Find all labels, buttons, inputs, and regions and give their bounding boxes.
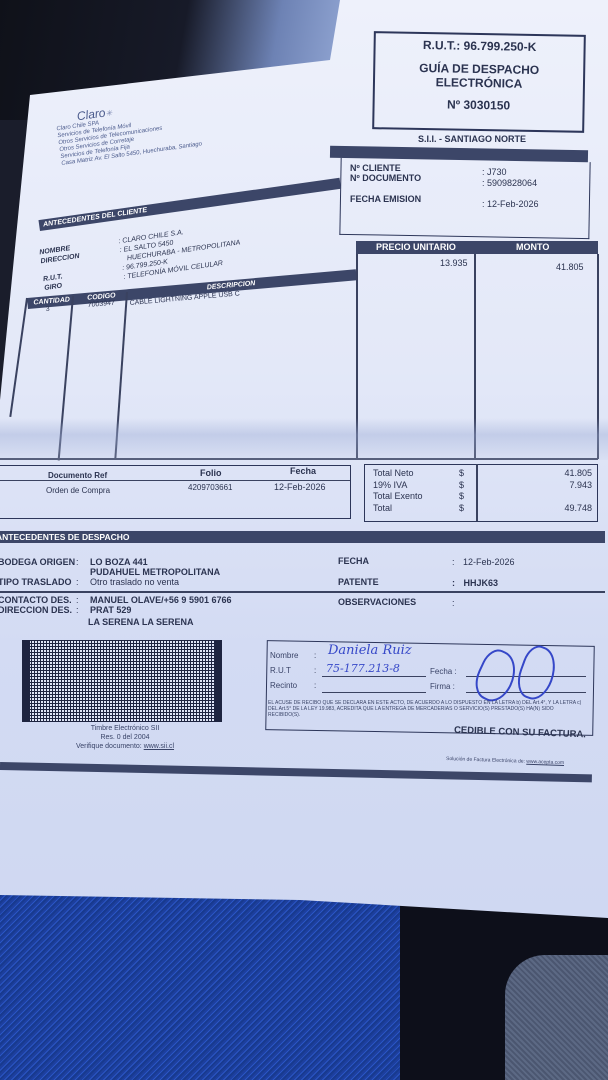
receipt-rut-label: R.U.T [270, 666, 291, 675]
dispatch-section-bar: ANTECEDENTES DE DESPACHO [0, 531, 605, 543]
dispatch-section-title: ANTECEDENTES DE DESPACHO [0, 532, 130, 542]
footer-solution: Solución de Factura Electrónica de: www.… [446, 756, 564, 766]
ref-header-document: Documento Ref [48, 471, 107, 480]
totals-values: 41.805 7.943 49.748 [500, 468, 592, 514]
receipt-rut-handwritten[interactable]: 75-177.213-8 [326, 662, 400, 675]
stamp-line1: Timbre Electrónico SII [30, 724, 220, 733]
issue-date-value: 12-Feb-2026 [487, 199, 539, 209]
dispatch-fecha-value: 12-Feb-2026 [463, 557, 515, 567]
total-value: 49.748 [500, 503, 592, 515]
issuer-rut: R.U.T.: 96.799.250-K [376, 37, 584, 55]
items-header-right: PRECIO UNITARIO MONTO [356, 241, 598, 254]
client-section: ANTECEDENTES DEL CLIENTE [38, 178, 341, 231]
client-number-value: J730 [487, 167, 507, 177]
totals-currency: $$$$ [459, 468, 464, 514]
ref-document: Orden de Compra [46, 486, 110, 495]
ref-folio: 4209703661 [188, 483, 233, 492]
document-title: GUÍA DE DESPACHO ELECTRÓNICA [375, 60, 583, 92]
item-codigo: 7003947 [87, 300, 115, 309]
total-label: Total [373, 503, 423, 515]
direccion-des-line2: LA SERENA LA SERENA [88, 617, 194, 627]
totals-labels: Total Neto 19% IVA Total Exento Total [373, 468, 423, 514]
total-exento-label: Total Exento [373, 491, 423, 503]
receipt-recinto-label: Recinto [270, 681, 297, 690]
document-number-label: Nº DOCUMENTO [350, 173, 421, 183]
stamp-line2: Res. 0 del 2004 [30, 733, 220, 742]
acepta-link[interactable]: www.acepta.com [526, 759, 564, 766]
observaciones-label: OBSERVACIONES [338, 597, 416, 607]
patente-label: PATENTE [338, 577, 379, 587]
item-row: 3 [45, 306, 50, 313]
ref-header-folio: Folio [200, 468, 222, 478]
contacto-label: CONTACTO DES. [0, 595, 72, 605]
total-exento-value [500, 491, 592, 503]
item-precio: 13.935 [440, 258, 468, 268]
sii-verify-link[interactable]: www.sii.cl [144, 743, 174, 750]
direccion-des-label: DIRECCION DES. [0, 605, 72, 615]
iva-label: 19% IVA [373, 480, 423, 492]
client-section-title: ANTECEDENTES DEL CLIENTE [38, 178, 341, 231]
receipt-firma-label: Firma : [430, 682, 455, 691]
bodega-line2: PUDAHUEL METROPOLITANA [90, 567, 220, 577]
direccion-des-line1: PRAT 529 [90, 605, 131, 615]
document-number-value: 5909828064 [487, 178, 537, 188]
electronic-stamp-barcode [22, 640, 222, 722]
receipt-name-label: Nombre [270, 651, 298, 660]
paper-fold [0, 418, 608, 460]
patente-value: HHJK63 [464, 578, 499, 588]
header-precio-unitario: PRECIO UNITARIO [376, 241, 456, 254]
client-number-label: Nº CLIENTE [350, 163, 401, 173]
ref-fecha: 12-Feb-2026 [274, 482, 326, 492]
item-monto: 41.805 [556, 262, 584, 272]
dispatch-fecha-label: FECHA [338, 556, 369, 566]
receipt-name-handwritten[interactable]: Daniela Ruiz [328, 643, 412, 658]
issue-date-label: FECHA EMISION [350, 194, 421, 204]
total-neto-label: Total Neto [373, 468, 423, 480]
iva-value: 7.943 [500, 480, 592, 492]
tipo-traslado-value: Otro traslado no venta [90, 577, 179, 587]
ref-header-fecha: Fecha [290, 466, 316, 476]
item-cantidad: 3 [45, 306, 50, 313]
receipt-fecha-label: Fecha : [430, 667, 457, 676]
document-number: Nº 3030150 [374, 96, 582, 114]
total-neto-value: 41.805 [500, 468, 592, 480]
bodega-label: BODEGA ORIGEN [0, 557, 75, 567]
document-title-box: R.U.T.: 96.799.250-K GUÍA DE DESPACHO EL… [372, 31, 586, 133]
bodega-line1: LO BOZA 441 [90, 557, 148, 567]
contacto-value: MANUEL OLAVE/+56 9 5901 6766 [90, 595, 232, 605]
header-cantidad: CANTIDAD [33, 294, 70, 308]
dispatch-document: Claro✳ Claro Chile SPA Servicios de Tele… [0, 0, 608, 920]
stamp-caption: Timbre Electrónico SII Res. 0 del 2004 V… [30, 724, 220, 751]
sii-office: S.I.I. - SANTIAGO NORTE [418, 134, 526, 144]
background-sock [505, 955, 608, 1080]
tipo-traslado-label: TIPO TRASLADO [0, 577, 72, 587]
footer-bar [0, 762, 592, 782]
header-monto: MONTO [516, 241, 549, 254]
receipt-legal-text: EL ACUSE DE RECIBO QUE SE DECLARA EN EST… [268, 700, 586, 718]
issuer-block: Claro✳ Claro Chile SPA Servicios de Tele… [54, 93, 202, 168]
